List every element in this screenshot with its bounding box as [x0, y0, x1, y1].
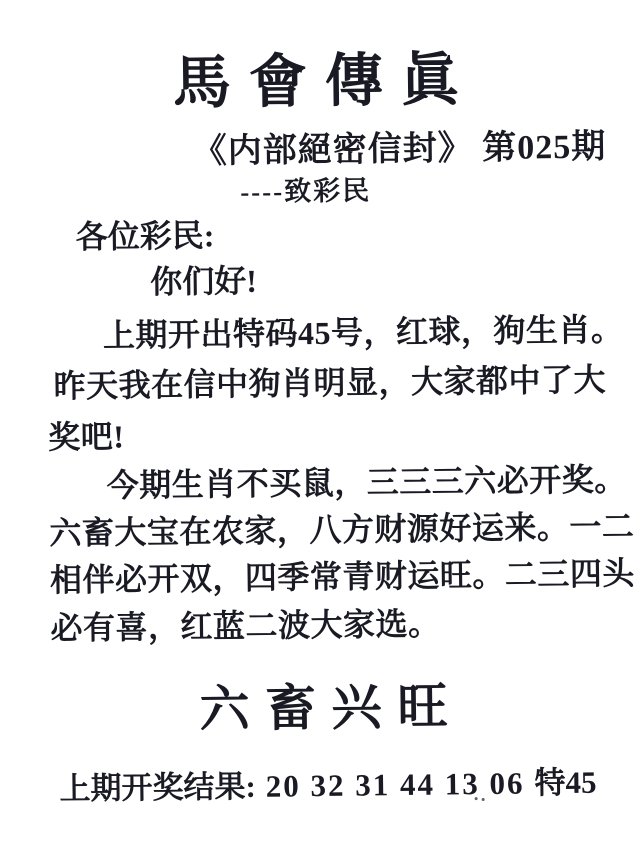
- paragraph2-line-1: 今期生肖不买鼠，三三三六必开奖。: [106, 454, 627, 506]
- paragraph1-line-3: 奖吧!: [48, 411, 125, 458]
- slogan-text: 六畜兴旺: [3, 664, 640, 744]
- scanned-content: 馬會傳眞 《内部絕密信封》 第025期 ----致彩民 各位彩民: 你们好! 上…: [0, 0, 640, 847]
- issue-subtitle: 《内部絕密信封》 第025期: [192, 118, 606, 172]
- fax-sheet: 馬會傳眞 《内部絕密信封》 第025期 ----致彩民 各位彩民: 你们好! 上…: [0, 0, 640, 847]
- page-title: 馬會傳眞: [0, 30, 636, 122]
- salutation: 各位彩民:: [75, 210, 214, 258]
- scan-noise-speck: [475, 797, 478, 800]
- paragraph1-line-1: 上期开出特码45号，红球，狗生肖。: [103, 304, 624, 356]
- last-draw-special-number: 特45: [534, 765, 596, 801]
- scan-noise-speck: [482, 798, 485, 801]
- dedication-line: ----致彩民: [240, 168, 371, 209]
- paragraph1-line-2: 昨天我在信中狗肖明显，大家都中了大: [53, 355, 606, 408]
- paragraph2-line-3: 相伴必开双，四季常青财运旺。二三四头: [50, 548, 636, 601]
- last-draw-label: 上期开奖结果:: [59, 769, 256, 806]
- last-draw-result: 上期开奖结果:20 32 31 44 13 06特45: [59, 757, 597, 809]
- last-draw-numbers: 20 32 31 44 13 06: [266, 766, 525, 804]
- paragraph2-line-2: 六畜大宝在农家，八方财源好运来。一二: [49, 501, 635, 554]
- paragraph2-line-4: 必有喜，红蓝二波大家选。: [50, 599, 441, 650]
- greeting: 你们好!: [150, 256, 257, 303]
